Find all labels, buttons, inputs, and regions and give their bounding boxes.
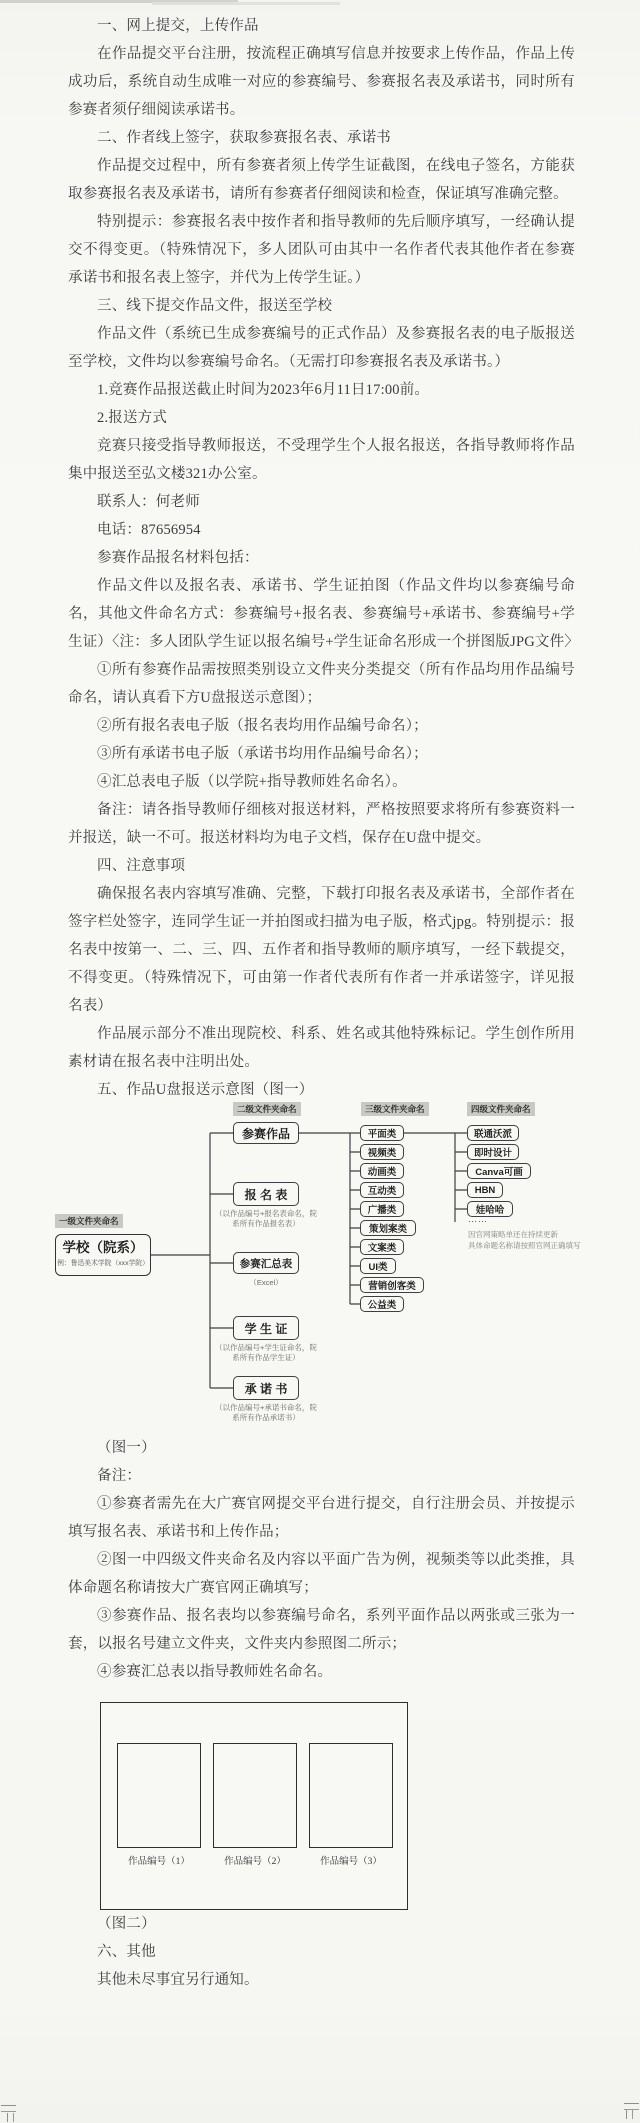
paragraph: 作品提交过程中，所有参赛者须上传学生证截图，在线电子签名，方能获取参赛报名表及承… [68,152,575,208]
folder-node-student-id: 学 生 证 [233,1316,299,1340]
paragraph-contact-phone: 电话：87656954 [68,516,575,544]
brand-node: HBN [467,1182,503,1198]
category-node: 动画类 [360,1163,404,1179]
category-node: 公益类 [360,1296,404,1312]
category-node: 策划案类 [360,1220,416,1236]
folder-node-caption: （以作品编号+承诺书命名，院系所有作品承诺书） [214,1403,318,1422]
diagram-note-line1: 因官网策略单还在持续更新 [468,1229,618,1240]
remark-item-3: ③参赛作品、报名表均以参赛编号命名，系列平面作品以两张或三张为一套，以报名号建立… [68,1602,575,1658]
section-heading-1: 一、网上提交，上传作品 [68,12,575,40]
category-node: 视频类 [360,1144,404,1160]
remark-item-1: ①参赛者需先在大广赛官网提交平台进行提交，自行注册会员、并按提示填写报名表、承诺… [68,1490,575,1546]
folder-node-registration-form: 报 名 表 [233,1182,299,1206]
series-folder-layout-figure: 作品编号（1） 作品编号（2） 作品编号（3） [100,1702,408,1910]
level4-folder-label: 四级文件夹命名 [467,1102,535,1116]
section-heading-3: 三、线下提交作品文件，报送至学校 [68,292,575,320]
folder-node-caption: （以作品编号+学生证命名，院系所有作品学生证） [214,1343,318,1362]
remark-item-2: ②图一中四级文件夹命名及内容以平面广告为例，视频类等以此类推，具体命题名称请按大… [68,1546,575,1602]
folder-node-caption: （以作品编号+报名表命名，院系所有作品报名表） [214,1209,318,1228]
remark-item-4: ④参赛汇总表以指导教师姓名命名。 [68,1658,575,1686]
level1-folder-label: 一级文件夹命名 [55,1214,123,1228]
category-node: 文案类 [360,1239,404,1255]
artwork-slot-label-3: 作品编号（3） [309,1853,393,1867]
folder-node-caption: （Excel） [214,1278,318,1288]
root-folder-title: 学校（院系） [56,1237,150,1259]
paragraph: 作品文件以及报名表、承诺书、学生证拍图（作品文件均以参赛编号命名，其他文件命名方… [68,572,575,656]
category-node: UI类 [360,1258,396,1274]
bottom-left-corner-mark [1,2105,16,2112]
category-node: 互动类 [360,1182,404,1198]
artwork-slot-3 [309,1743,393,1848]
paragraph-closing: 其他未尽事宜另行通知。 [68,1966,575,1994]
paragraph-contact-name: 联系人：何老师 [68,488,575,516]
paragraph: 作品文件（系统已生成参赛编号的正式作品）及参赛报名表的电子版报送至学校，文件均以… [68,320,575,376]
category-node: 广播类 [360,1201,404,1217]
usb-folder-structure-diagram: 二级文件夹命名 三级文件夹命名 四级文件夹命名 一级文件夹命名 学校（院系） 例… [0,1102,640,1434]
document-body: 一、网上提交，上传作品 在作品提交平台注册，按流程正确填写信息并按要求上传作品，… [0,0,640,1994]
paragraph: 竞赛只接受指导教师报送，不受理学生个人报名报送，各指导教师将作品集中报送至弘文楼… [68,432,575,488]
root-folder-subtitle: 例：鲁迅美术学院（xxx学院） [56,1259,150,1268]
category-node: 平面类 [360,1125,404,1141]
level2-folder-label: 二级文件夹命名 [233,1102,301,1116]
artwork-slot-label-1: 作品编号（1） [117,1853,201,1867]
document-page: 一、网上提交，上传作品 在作品提交平台注册，按流程正确填写信息并按要求上传作品，… [0,0,640,2123]
paragraph: 参赛作品报名材料包括： [68,544,575,572]
level3-folder-label: 三级文件夹命名 [361,1102,429,1116]
list-item-1: ①所有参赛作品需按照类别设立文件夹分类提交（所有作品均用作品编号命名，请认真看下… [68,656,575,712]
section-heading-4: 四、注意事项 [68,852,575,880]
section-heading-5: 五、作品U盘报送示意图（图一） [68,1076,575,1104]
paragraph: 特别提示：参赛报名表中按作者和指导教师的先后顺序填写，一经确认提交不得变更。（特… [68,208,575,292]
section-heading-2: 二、作者线上签字，获取参赛报名表、承诺书 [68,124,575,152]
section-heading-6: 六、其他 [68,1938,575,1966]
bottom-right-corner-mark [624,2103,639,2110]
root-folder-node: 学校（院系） 例：鲁迅美术学院（xxx学院） [55,1234,151,1276]
paragraph: 作品展示部分不准出现院校、科系、姓名或其他特殊标记。学生创作所用素材请在报名表中… [68,1020,575,1076]
artwork-slot-2 [213,1743,297,1848]
list-item-3: ③所有承诺书电子版（承诺书均用作品编号命名）； [68,740,575,768]
brand-node: 联通沃派 [467,1125,519,1141]
folder-node-summary-table: 参赛汇总表 [233,1252,299,1274]
artwork-slot-1 [117,1743,201,1848]
figure2-caption: （图二） [68,1910,575,1938]
paragraph: 确保报名表内容填写准确、完整，下载打印报名表及承诺书，全部作者在签字栏处签字，连… [68,880,575,1020]
brand-list-ellipsis: …… [468,1214,488,1224]
figure1-caption: （图一） [68,1434,575,1462]
brand-node: Canva可画 [467,1163,531,1179]
paragraph-remarks-heading: 备注： [68,1462,575,1490]
paragraph-note: 备注：请各指导教师仔细核对报送材料，严格按照要求将所有参赛资料一并报送，缺一不可… [68,796,575,852]
folder-node-entries: 参赛作品 [233,1122,299,1144]
bottom-left-corner-mark-pipes [7,2113,14,2122]
paragraph-deadline: 1.竞赛作品报送截止时间为2023年6月11日17:00前。 [68,376,575,404]
diagram-note-line2: 具体命题名称请按照官网正确填写 [468,1240,618,1251]
artwork-slot-label-2: 作品编号（2） [213,1853,297,1867]
folder-node-commitment-letter: 承 诺 书 [233,1376,299,1400]
category-node: 营销创客类 [360,1277,424,1293]
paragraph: 在作品提交平台注册，按流程正确填写信息并按要求上传作品，作品上传成功后，系统自动… [68,40,575,124]
list-item-4: ④汇总表电子版（以学院+指导教师姓名命名）。 [68,768,575,796]
list-item-2: ②所有报名表电子版（报名表均用作品编号命名）； [68,712,575,740]
bottom-right-corner-mark-pipes [626,2110,633,2119]
paragraph: 2.报送方式 [68,404,575,432]
brand-node: 即时设计 [467,1144,519,1160]
